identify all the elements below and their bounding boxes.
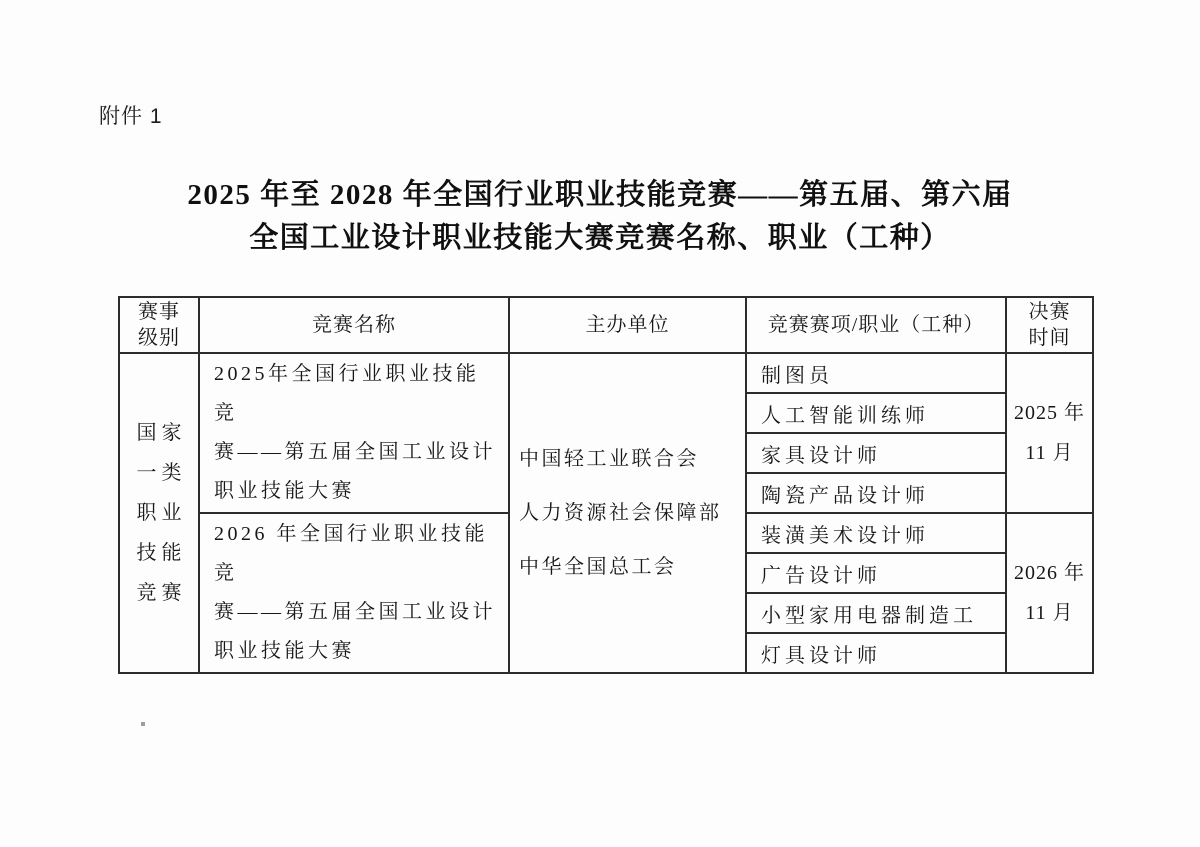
scan-speck: [141, 722, 145, 726]
cell-event-decoration-art-designer: 装潢美术设计师: [746, 513, 1006, 553]
cell-event-small-appliance-maker: 小型家用电器制造工: [746, 593, 1006, 633]
title-line-1: 2025 年至 2028 年全国行业职业技能竞赛——第五届、第六届: [0, 174, 1200, 217]
cell-event-ceramic-designer: 陶瓷产品设计师: [746, 473, 1006, 513]
competition-table: 赛事 级别 竞赛名称 主办单位 竞赛赛项/职业（工种） 决赛 时间 国家 一类 …: [118, 296, 1094, 674]
cell-final-time-2025: 2025 年 11 月: [1006, 353, 1093, 513]
table-row: 国家 一类 职业 技能 竞赛 2025年全国行业职业技能竞 赛——第五届全国工业…: [119, 353, 1093, 393]
cell-event-ad-designer: 广告设计师: [746, 553, 1006, 593]
cell-organizer: 中国轻工业联合会 人力资源社会保障部 中华全国总工会: [509, 353, 746, 673]
document-title: 2025 年至 2028 年全国行业职业技能竞赛——第五届、第六届 全国工业设计…: [0, 174, 1200, 260]
cell-event-lamp-designer: 灯具设计师: [746, 633, 1006, 673]
cell-event-ai-trainer: 人工智能训练师: [746, 393, 1006, 433]
cell-event-level: 国家 一类 职业 技能 竞赛: [119, 353, 199, 673]
table-header-row: 赛事 级别 竞赛名称 主办单位 竞赛赛项/职业（工种） 决赛 时间: [119, 297, 1093, 353]
header-organizer: 主办单位: [509, 297, 746, 353]
header-event-level: 赛事 级别: [119, 297, 199, 353]
cell-event-furniture-designer: 家具设计师: [746, 433, 1006, 473]
header-final-time: 决赛 时间: [1006, 297, 1093, 353]
document-page: 附件 1 2025 年至 2028 年全国行业职业技能竞赛——第五届、第六届 全…: [0, 0, 1200, 847]
attachment-label: 附件 1: [99, 100, 163, 130]
header-competition-name: 竞赛名称: [199, 297, 509, 353]
cell-final-time-2026: 2026 年 11 月: [1006, 513, 1093, 673]
cell-competition-name-2026: 2026 年全国行业职业技能竞 赛——第五届全国工业设计 职业技能大赛: [199, 513, 509, 673]
title-line-2: 全国工业设计职业技能大赛竞赛名称、职业（工种）: [0, 217, 1200, 260]
header-events: 竞赛赛项/职业（工种）: [746, 297, 1006, 353]
cell-event-draftsman: 制图员: [746, 353, 1006, 393]
cell-competition-name-2025: 2025年全国行业职业技能竞 赛——第五届全国工业设计 职业技能大赛: [199, 353, 509, 513]
